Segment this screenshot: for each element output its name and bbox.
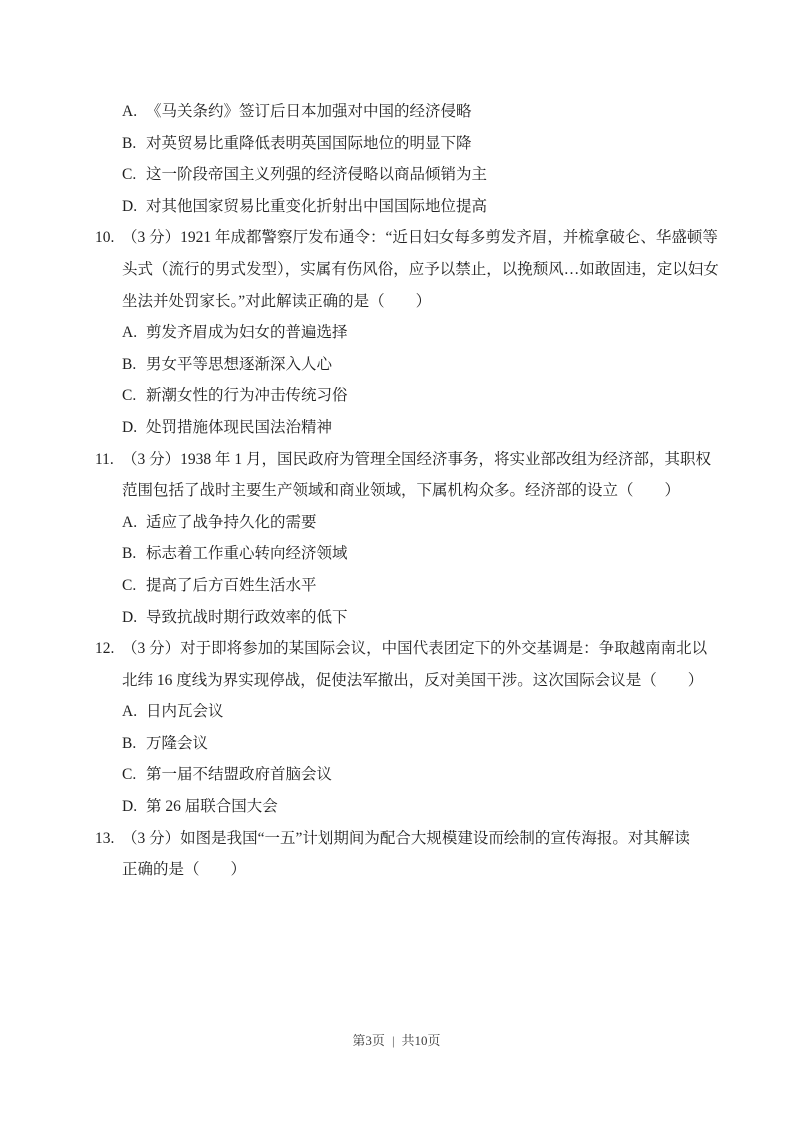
question-number: 13. xyxy=(95,823,122,855)
question-stem-text: （3 分）1921 年成都警察厅发布通令：“近日妇女每多剪发齐眉，并梳拿破仑、华… xyxy=(122,229,718,246)
option-text: 剪发齐眉成为妇女的普遍选择 xyxy=(146,324,348,341)
question-stem-line: 头式（流行的男式发型），实属有伤风俗，应予以禁止，以挽颓风…如敢固违，定以妇女 xyxy=(122,254,705,286)
question-9-options-block: A.《马关条约》签订后日本加强对中国的经济侵略 B.对英贸易比重降低表明英国国际… xyxy=(95,96,705,222)
option-label: A. xyxy=(122,317,146,349)
option-text: 日内瓦会议 xyxy=(146,703,224,720)
question-stem-line: 范围包括了战时主要生产领域和商业领域，下属机构众多。经济部的设立（ ） xyxy=(122,475,705,507)
question-stem-line: 13.（3 分）如图是我国“一五”计划期间为配合大规模建设而绘制的宣传海报。对其… xyxy=(95,823,705,855)
option-row: A.适应了战争持久化的需要 xyxy=(122,507,705,539)
question-stem-text: （3 分）对于即将参加的某国际会议，中国代表团定下的外交基调是：争取越南南北以 xyxy=(122,640,707,657)
option-row: C.这一阶段帝国主义列强的经济侵略以商品倾销为主 xyxy=(122,159,705,191)
option-label: B. xyxy=(122,538,146,570)
option-text: 标志着工作重心转向经济领域 xyxy=(146,545,348,562)
question-number: 12. xyxy=(95,633,122,665)
option-row: D.第 26 届联合国大会 xyxy=(122,791,705,823)
option-row: C.第一届不结盟政府首脑会议 xyxy=(122,759,705,791)
option-label: C. xyxy=(122,759,146,791)
option-row: C.提高了后方百姓生活水平 xyxy=(122,570,705,602)
question-11-block: 11.（3 分）1938 年 1 月，国民政府为管理全国经济事务，将实业部改组为… xyxy=(95,444,705,634)
option-label: A. xyxy=(122,507,146,539)
option-text: 男女平等思想逐渐深入人心 xyxy=(146,356,332,373)
option-label: D. xyxy=(122,191,146,223)
option-label: A. xyxy=(122,96,146,128)
option-row: B.对英贸易比重降低表明英国国际地位的明显下降 xyxy=(122,128,705,160)
page-footer: 第3页|共10页 xyxy=(0,1031,793,1051)
option-text: 导致抗战时期行政效率的低下 xyxy=(146,609,348,626)
option-row: A.剪发齐眉成为妇女的普遍选择 xyxy=(122,317,705,349)
option-row: B.男女平等思想逐渐深入人心 xyxy=(122,349,705,381)
question-stem-text: （3 分）1938 年 1 月，国民政府为管理全国经济事务，将实业部改组为经济部… xyxy=(122,451,711,468)
option-row: D.对其他国家贸易比重变化折射出中国国际地位提高 xyxy=(122,191,705,223)
option-label: D. xyxy=(122,412,146,444)
question-stem-line: 11.（3 分）1938 年 1 月，国民政府为管理全国经济事务，将实业部改组为… xyxy=(95,444,705,476)
option-row: B.万隆会议 xyxy=(122,728,705,760)
question-stem-line: 12.（3 分）对于即将参加的某国际会议，中国代表团定下的外交基调是：争取越南南… xyxy=(95,633,705,665)
option-row: D.处罚措施体现民国法治精神 xyxy=(122,412,705,444)
option-label: B. xyxy=(122,728,146,760)
option-label: C. xyxy=(122,159,146,191)
option-text: 新潮女性的行为冲击传统习俗 xyxy=(146,387,348,404)
question-stem-line: 正确的是（ ） xyxy=(122,854,705,886)
option-text: 适应了战争持久化的需要 xyxy=(146,514,317,531)
option-row: B.标志着工作重心转向经济领域 xyxy=(122,538,705,570)
option-label: B. xyxy=(122,349,146,381)
exam-content: A.《马关条约》签订后日本加强对中国的经济侵略 B.对英贸易比重降低表明英国国际… xyxy=(95,96,705,886)
option-text: 《马关条约》签订后日本加强对中国的经济侵略 xyxy=(146,103,472,120)
option-label: D. xyxy=(122,791,146,823)
option-label: A. xyxy=(122,696,146,728)
question-13-block: 13.（3 分）如图是我国“一五”计划期间为配合大规模建设而绘制的宣传海报。对其… xyxy=(95,823,705,886)
option-row: C.新潮女性的行为冲击传统习俗 xyxy=(122,380,705,412)
option-text: 对英贸易比重降低表明英国国际地位的明显下降 xyxy=(146,135,472,152)
option-text: 对其他国家贸易比重变化折射出中国国际地位提高 xyxy=(146,198,487,215)
question-stem-line: 北纬 16 度线为界实现停战，促使法军撤出，反对美国干涉。这次国际会议是（ ） xyxy=(122,665,705,697)
option-label: C. xyxy=(122,380,146,412)
option-text: 第 26 届联合国大会 xyxy=(146,798,278,815)
option-label: B. xyxy=(122,128,146,160)
question-stem-text: （3 分）如图是我国“一五”计划期间为配合大规模建设而绘制的宣传海报。对其解读 xyxy=(122,830,690,847)
option-row: D.导致抗战时期行政效率的低下 xyxy=(122,602,705,634)
option-label: C. xyxy=(122,570,146,602)
footer-total-pages: 共10页 xyxy=(402,1033,441,1048)
exam-page: A.《马关条约》签订后日本加强对中国的经济侵略 B.对英贸易比重降低表明英国国际… xyxy=(0,0,793,1122)
option-text: 提高了后方百姓生活水平 xyxy=(146,577,317,594)
question-number: 11. xyxy=(95,444,122,476)
option-text: 第一届不结盟政府首脑会议 xyxy=(146,766,332,783)
option-text: 万隆会议 xyxy=(146,735,208,752)
question-12-block: 12.（3 分）对于即将参加的某国际会议，中国代表团定下的外交基调是：争取越南南… xyxy=(95,633,705,823)
option-text: 处罚措施体现民国法治精神 xyxy=(146,419,332,436)
option-label: D. xyxy=(122,602,146,634)
option-row: A.《马关条约》签订后日本加强对中国的经济侵略 xyxy=(122,96,705,128)
footer-separator: | xyxy=(392,1033,395,1048)
question-stem-line: 坐法并处罚家长。”对此解读正确的是（ ） xyxy=(122,286,705,318)
footer-current-page: 第3页 xyxy=(352,1033,385,1048)
option-text: 这一阶段帝国主义列强的经济侵略以商品倾销为主 xyxy=(146,166,487,183)
question-number: 10. xyxy=(95,222,122,254)
option-row: A.日内瓦会议 xyxy=(122,696,705,728)
question-stem-line: 10.（3 分）1921 年成都警察厅发布通令：“近日妇女每多剪发齐眉，并梳拿破… xyxy=(95,222,705,254)
question-10-block: 10.（3 分）1921 年成都警察厅发布通令：“近日妇女每多剪发齐眉，并梳拿破… xyxy=(95,222,705,443)
